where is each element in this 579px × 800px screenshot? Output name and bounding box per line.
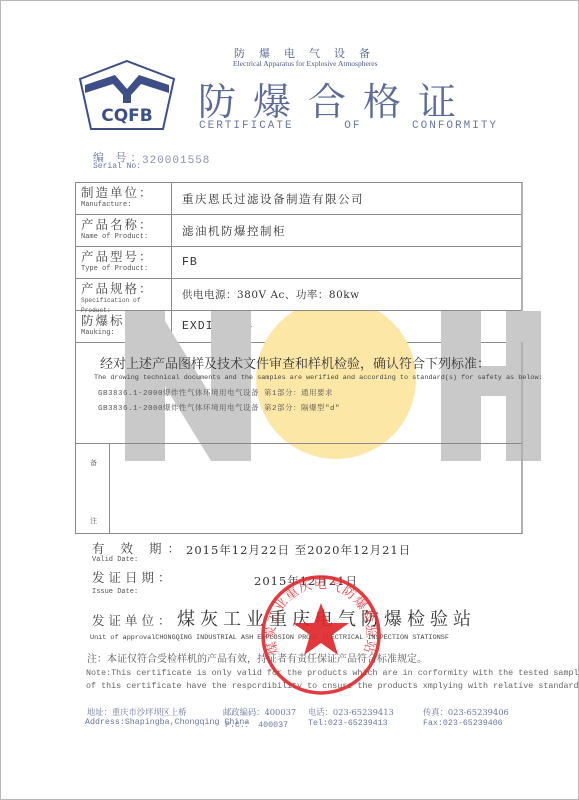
product-type-value: FB: [172, 247, 521, 278]
phone-cn: 电话：023-65239413: [308, 706, 394, 718]
standard-item: GB3836.1-2000爆炸性气体环境用电气设备 第2部分：隔爆型"d": [98, 402, 340, 413]
field-label-en: Manufacture:: [81, 200, 171, 210]
field-label-cn: 产品名称：: [81, 217, 171, 232]
valid-date-value: 2015年12月22日 至2020年12月21日: [186, 542, 411, 558]
field-label: 产品名称： Name of Product:: [76, 215, 172, 246]
note-en-line1: Note:This certificate is only valid for …: [86, 668, 579, 678]
issue-date-value: 2015年12月21日: [254, 573, 358, 589]
remarks-section: 备 注: [75, 443, 523, 534]
standard-item: GB3836.1-2000爆炸性气体环境用电气设备 第1部分：通用要求: [98, 387, 333, 398]
field-label-cn: 产品型号：: [81, 249, 171, 264]
remarks-label-top: 备: [90, 458, 97, 468]
issuer-line-en: Unit of approvalCHONGQING INDUSTRIAL ASH…: [90, 634, 449, 642]
issue-date-label-cn: 发证日期：: [92, 568, 175, 586]
table-row: 产品规格： Specification of Product: 供电电源：380…: [76, 279, 521, 311]
svg-text:CQFB: CQFB: [101, 106, 153, 126]
remarks-value: [110, 444, 521, 533]
standards-intro-en: The drowing technical documents and the …: [94, 374, 543, 382]
standards-section: 经对上述产品图样及技术文件审查和样机检验，确认符合下列标准： The drowi…: [75, 342, 523, 444]
cqfb-logo: CQFB: [77, 59, 177, 131]
field-label: 制造单位： Manufacture:: [76, 183, 172, 214]
field-label-cn: 防爆标志：: [81, 313, 171, 328]
note-cn: 注：本证仅符合受检样机的产品有效，持证者有责任保证产品符合标准规定。: [87, 650, 427, 665]
address-cn: 地址：重庆市沙坪坝区上桥: [87, 706, 187, 718]
postcode-en: P.C.： 400037: [225, 718, 288, 730]
note-en-line2: of this certificate have the respcrdibil…: [86, 681, 579, 691]
field-label-en: Mauking:: [81, 328, 171, 338]
table-row: 防爆标志： Mauking: EXDII BT4: [76, 311, 521, 342]
issuer-label-cn: 发证单位：: [92, 611, 175, 629]
table-row: 产品名称： Name of Product: 滤油机防爆控制柜: [76, 215, 521, 247]
explosion-mark-value: EXDII BT4: [172, 311, 521, 342]
field-label-cn: 产品规格：: [81, 281, 171, 296]
remarks-label: 备 注: [76, 444, 110, 533]
product-name-value: 滤油机防爆控制柜: [172, 215, 521, 246]
postcode-cn: 邮政编码：400037: [223, 706, 296, 718]
phone-en: Tel:023-65239413: [308, 719, 388, 728]
fax-cn: 传真：023-65239406: [423, 706, 509, 718]
field-label-cn: 制造单位：: [81, 185, 171, 200]
valid-date-label-en: Valid Date:: [92, 556, 138, 564]
field-label-en: Type of Product:: [81, 264, 171, 274]
field-label: 产品型号： Type of Product:: [76, 247, 172, 278]
product-spec-value: 供电电源：380V Ac、功率：80kw: [172, 279, 521, 310]
standards-intro-cn: 经对上述产品图样及技术文件审查和样机检验，确认符合下列标准：: [100, 353, 490, 372]
field-label-en: Name of Product:: [81, 232, 171, 242]
manufacturer-value: 重庆恩氏过滤设备制造有限公司: [172, 183, 521, 214]
remarks-label-bottom: 注: [90, 516, 97, 526]
table-row: 产品型号： Type of Product: FB: [76, 247, 521, 279]
serial-label-en: Serial No:: [93, 162, 141, 171]
table-row: 制造单位： Manufacture: 重庆恩氏过滤设备制造有限公司: [76, 183, 521, 215]
serial-number: 320001558: [142, 155, 210, 167]
page-title-en: CERTIFICATE OF CONFORMITY: [199, 120, 498, 132]
valid-date-label-cn: 有 效 期：: [92, 539, 186, 557]
field-label: 产品规格： Specification of Product:: [76, 279, 172, 310]
fax-en: Fax:023-65239406: [423, 719, 503, 728]
field-label: 防爆标志： Mauking:: [76, 311, 172, 342]
header-subtitle-en: Electrical Apparatus for Explosive Atmos…: [233, 59, 378, 68]
product-info-table: 制造单位： Manufacture: 重庆恩氏过滤设备制造有限公司 产品名称： …: [75, 182, 523, 343]
page-title: 防爆合格证: [198, 71, 473, 126]
issuer-name-cn: 煤灰工业重庆电气防爆检验站: [177, 605, 476, 631]
issue-date-label-en: Issue Date:: [92, 588, 138, 596]
certificate-page: CQFB 防爆电气设备 Electrical Apparatus for Exp…: [0, 0, 579, 800]
